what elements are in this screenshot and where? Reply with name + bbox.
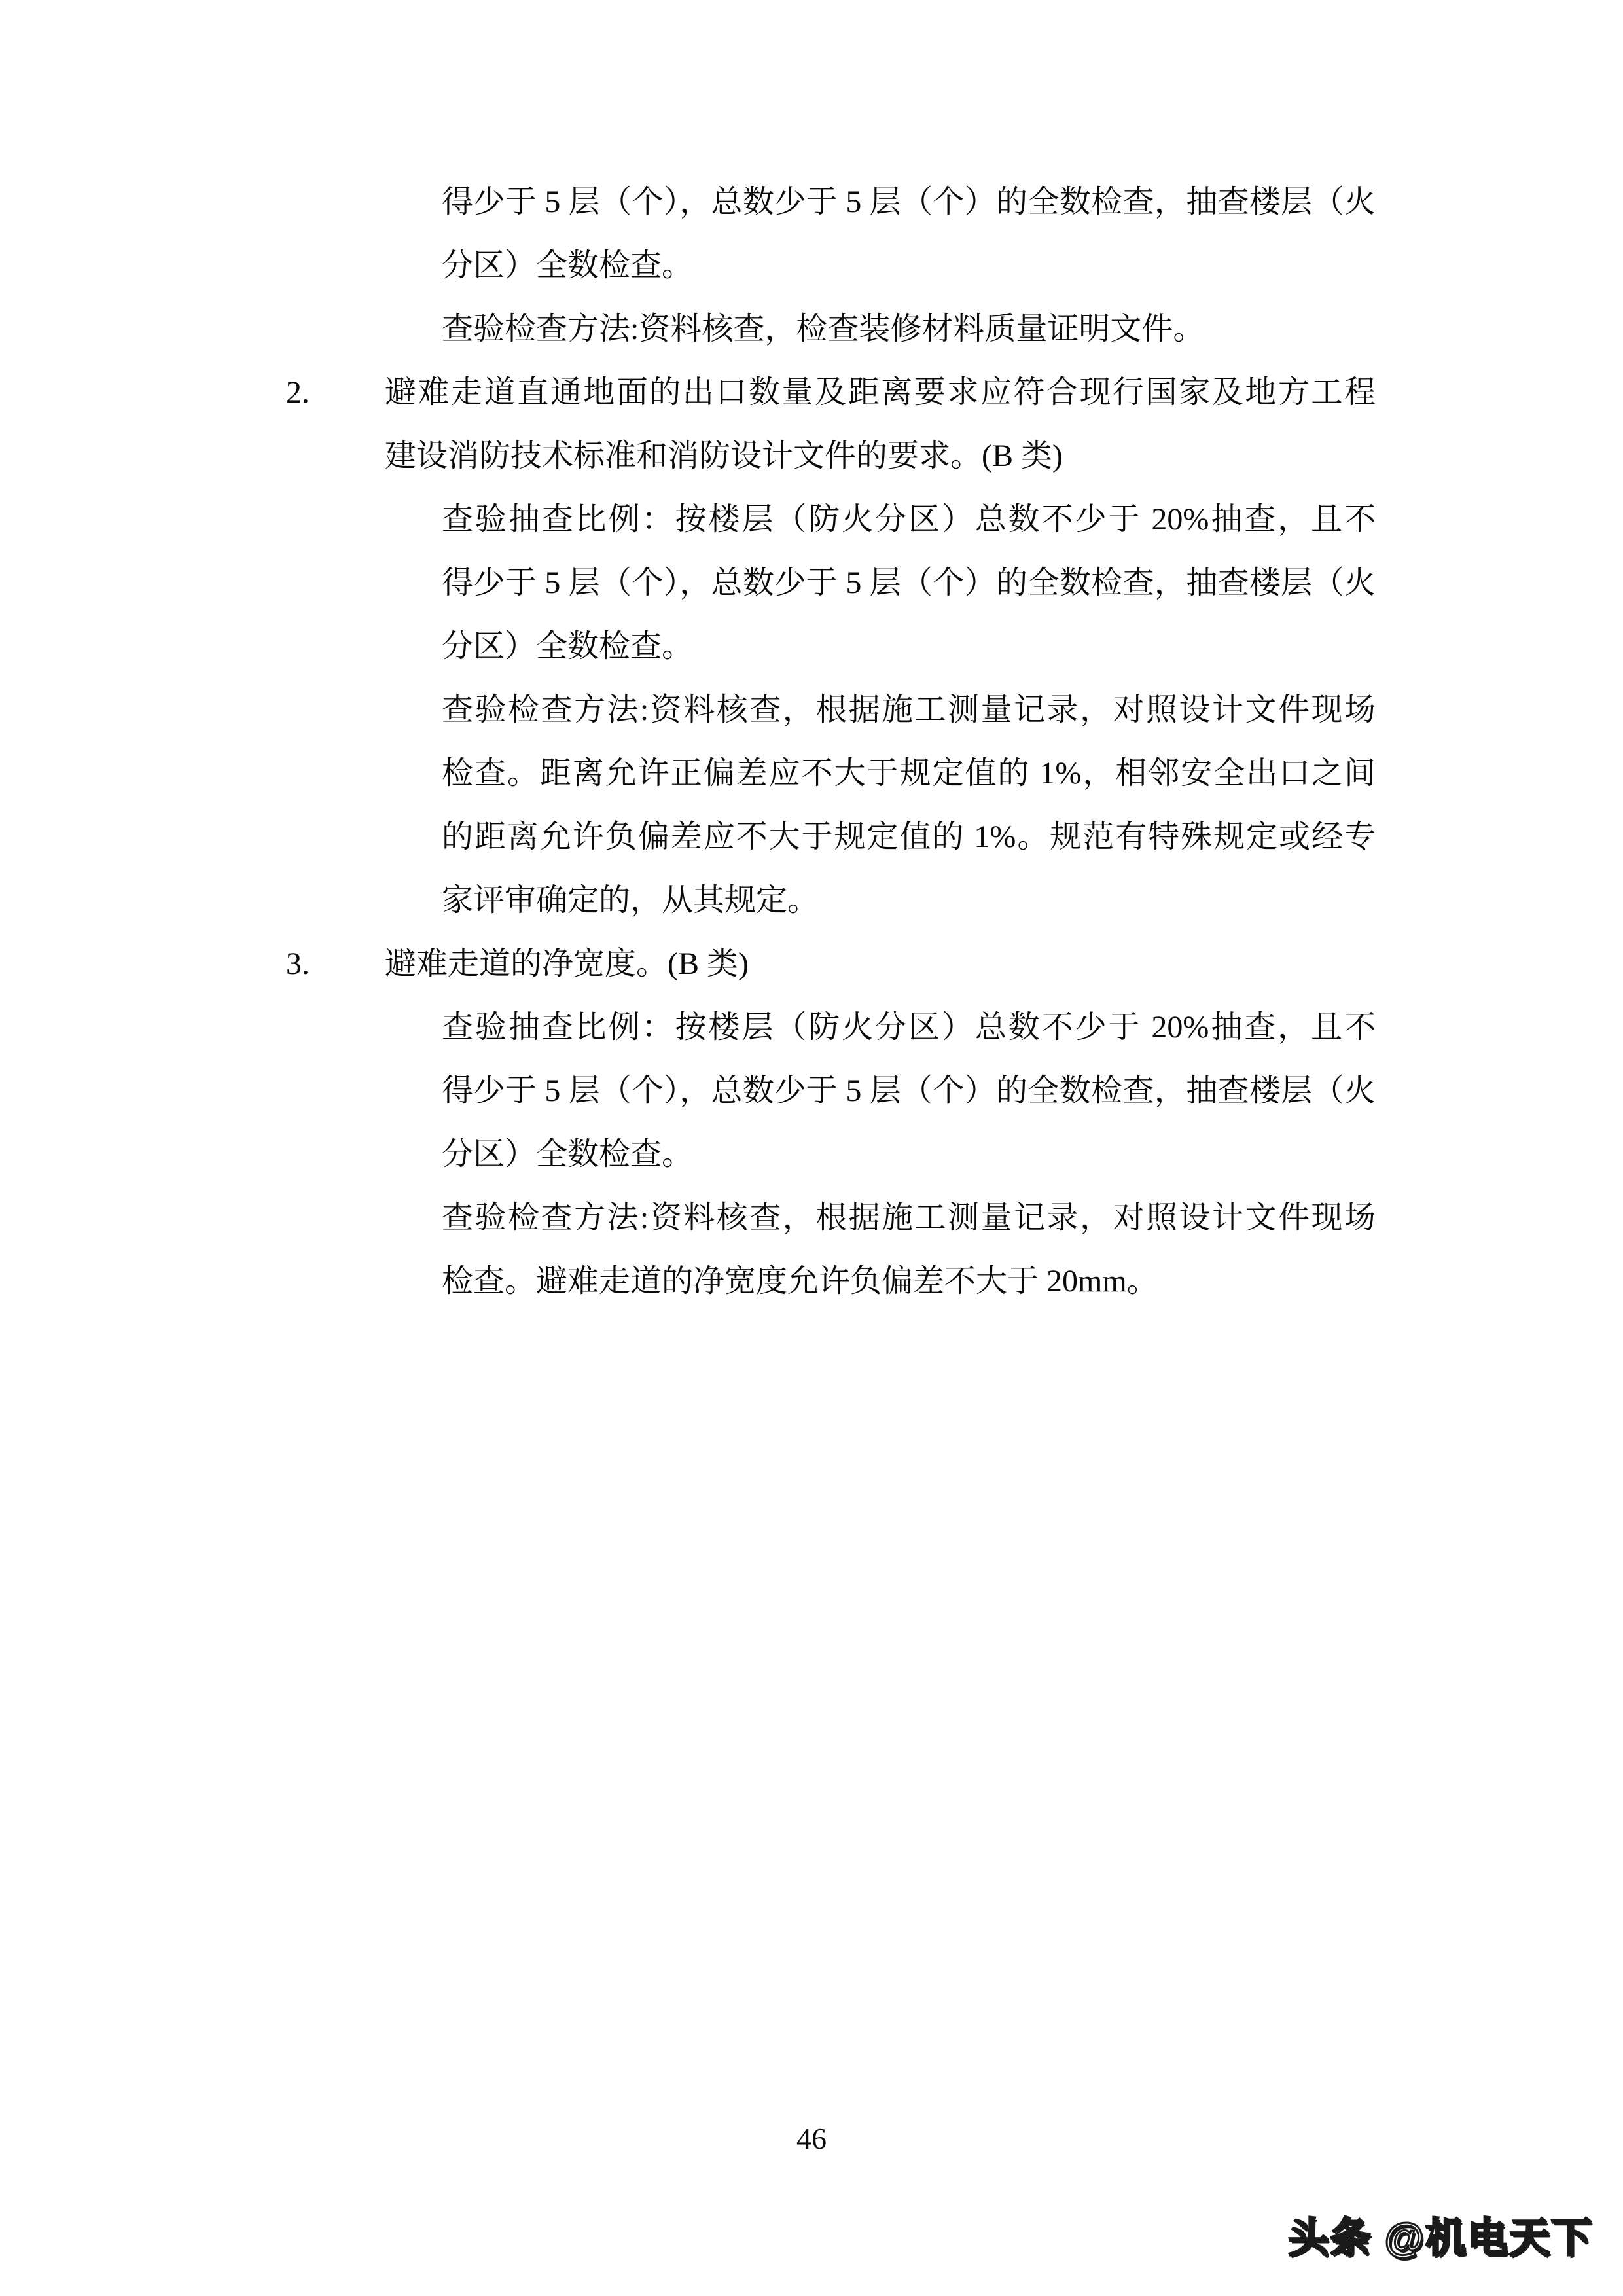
text-line-content: 查验抽查比例：按楼层（防火分区）总数不少于 20%抽查，且不 <box>442 1010 1376 1045</box>
document-body: 得少于 5 层（个），总数少于 5 层（个）的全数检查，抽查楼层（火 分区）全数… <box>0 170 1623 1313</box>
list-item-3: 3. 避难走道的净宽度。(B 类) <box>385 932 1376 996</box>
text-line: 分区）全数检查。 <box>442 615 1376 678</box>
text-line: 检查。距离允许正偏差应不大于规定值的 1%，相邻安全出口之间 <box>442 742 1376 805</box>
text-line-content: 查验检查方法:资料核查，根据施工测量记录，对照设计文件现场 <box>442 1200 1376 1235</box>
text-line-content: 检查。避难走道的净宽度允许负偏差不大于 20mm。 <box>442 1264 1158 1299</box>
document-page: 得少于 5 层（个），总数少于 5 层（个）的全数检查，抽查楼层（火 分区）全数… <box>0 0 1623 2296</box>
text-line: 分区）全数检查。 <box>442 1122 1376 1186</box>
list-item-number: 3. <box>286 932 310 996</box>
text-line: 家评审确定的，从其规定。 <box>442 869 1376 932</box>
text-line-content: 查验抽查比例：按楼层（防火分区）总数不少于 20%抽查，且不 <box>442 502 1376 537</box>
list-item-number: 2. <box>286 361 310 424</box>
text-line: 查验抽查比例：按楼层（防火分区）总数不少于 20%抽查，且不 <box>442 996 1376 1059</box>
text-line: 得少于 5 层（个），总数少于 5 层（个）的全数检查，抽查楼层（火 <box>442 170 1376 234</box>
text-line-content: 分区）全数检查。 <box>442 1137 693 1172</box>
text-line-content: 建设消防技术标准和消防设计文件的要求。(B 类) <box>385 439 1063 473</box>
text-line: 得少于 5 层（个），总数少于 5 层（个）的全数检查，抽查楼层（火 <box>442 551 1376 615</box>
text-line: 分区）全数检查。 <box>442 234 1376 297</box>
text-line-content: 检查。距离允许正偏差应不大于规定值的 1%，相邻安全出口之间 <box>442 756 1376 791</box>
text-line-content: 分区）全数检查。 <box>442 629 693 664</box>
text-line-content: 家评审确定的，从其规定。 <box>442 883 819 918</box>
text-line-content: 避难走道直通地面的出口数量及距离要求应符合现行国家及地方工程 <box>385 375 1376 410</box>
text-line: 查验检查方法:资料核查，根据施工测量记录，对照设计文件现场 <box>442 678 1376 742</box>
text-line-content: 得少于 5 层（个），总数少于 5 层（个）的全数检查，抽查楼层（火 <box>442 185 1376 219</box>
text-line: 查验检查方法:资料核查，检查装修材料质量证明文件。 <box>442 297 1376 361</box>
text-line: 建设消防技术标准和消防设计文件的要求。(B 类) <box>385 424 1376 488</box>
text-line: 的距离允许负偏差应不大于规定值的 1%。规范有特殊规定或经专 <box>442 805 1376 869</box>
text-line: 检查。避难走道的净宽度允许负偏差不大于 20mm。 <box>442 1249 1376 1313</box>
list-item-2: 2. 避难走道直通地面的出口数量及距离要求应符合现行国家及地方工程 <box>385 361 1376 424</box>
text-line-content: 的距离允许负偏差应不大于规定值的 1%。规范有特殊规定或经专 <box>442 819 1376 854</box>
text-line: 查验抽查比例：按楼层（防火分区）总数不少于 20%抽查，且不 <box>442 488 1376 551</box>
text-line: 得少于 5 层（个），总数少于 5 层（个）的全数检查，抽查楼层（火 <box>442 1059 1376 1122</box>
text-line-content: 查验检查方法:资料核查，根据施工测量记录，对照设计文件现场 <box>442 692 1376 727</box>
text-line-content: 避难走道的净宽度。(B 类) <box>385 946 749 981</box>
text-line-content: 得少于 5 层（个），总数少于 5 层（个）的全数检查，抽查楼层（火 <box>442 1073 1376 1108</box>
text-line-content: 查验检查方法:资料核查，检查装修材料质量证明文件。 <box>442 312 1204 346</box>
text-line-content: 得少于 5 层（个），总数少于 5 层（个）的全数检查，抽查楼层（火 <box>442 565 1376 600</box>
text-line-content: 分区）全数检查。 <box>442 248 693 283</box>
watermark: 头条 @机电天下 <box>1288 2212 1593 2265</box>
page-number: 46 <box>0 2119 1623 2159</box>
text-line: 查验检查方法:资料核查，根据施工测量记录，对照设计文件现场 <box>442 1186 1376 1249</box>
